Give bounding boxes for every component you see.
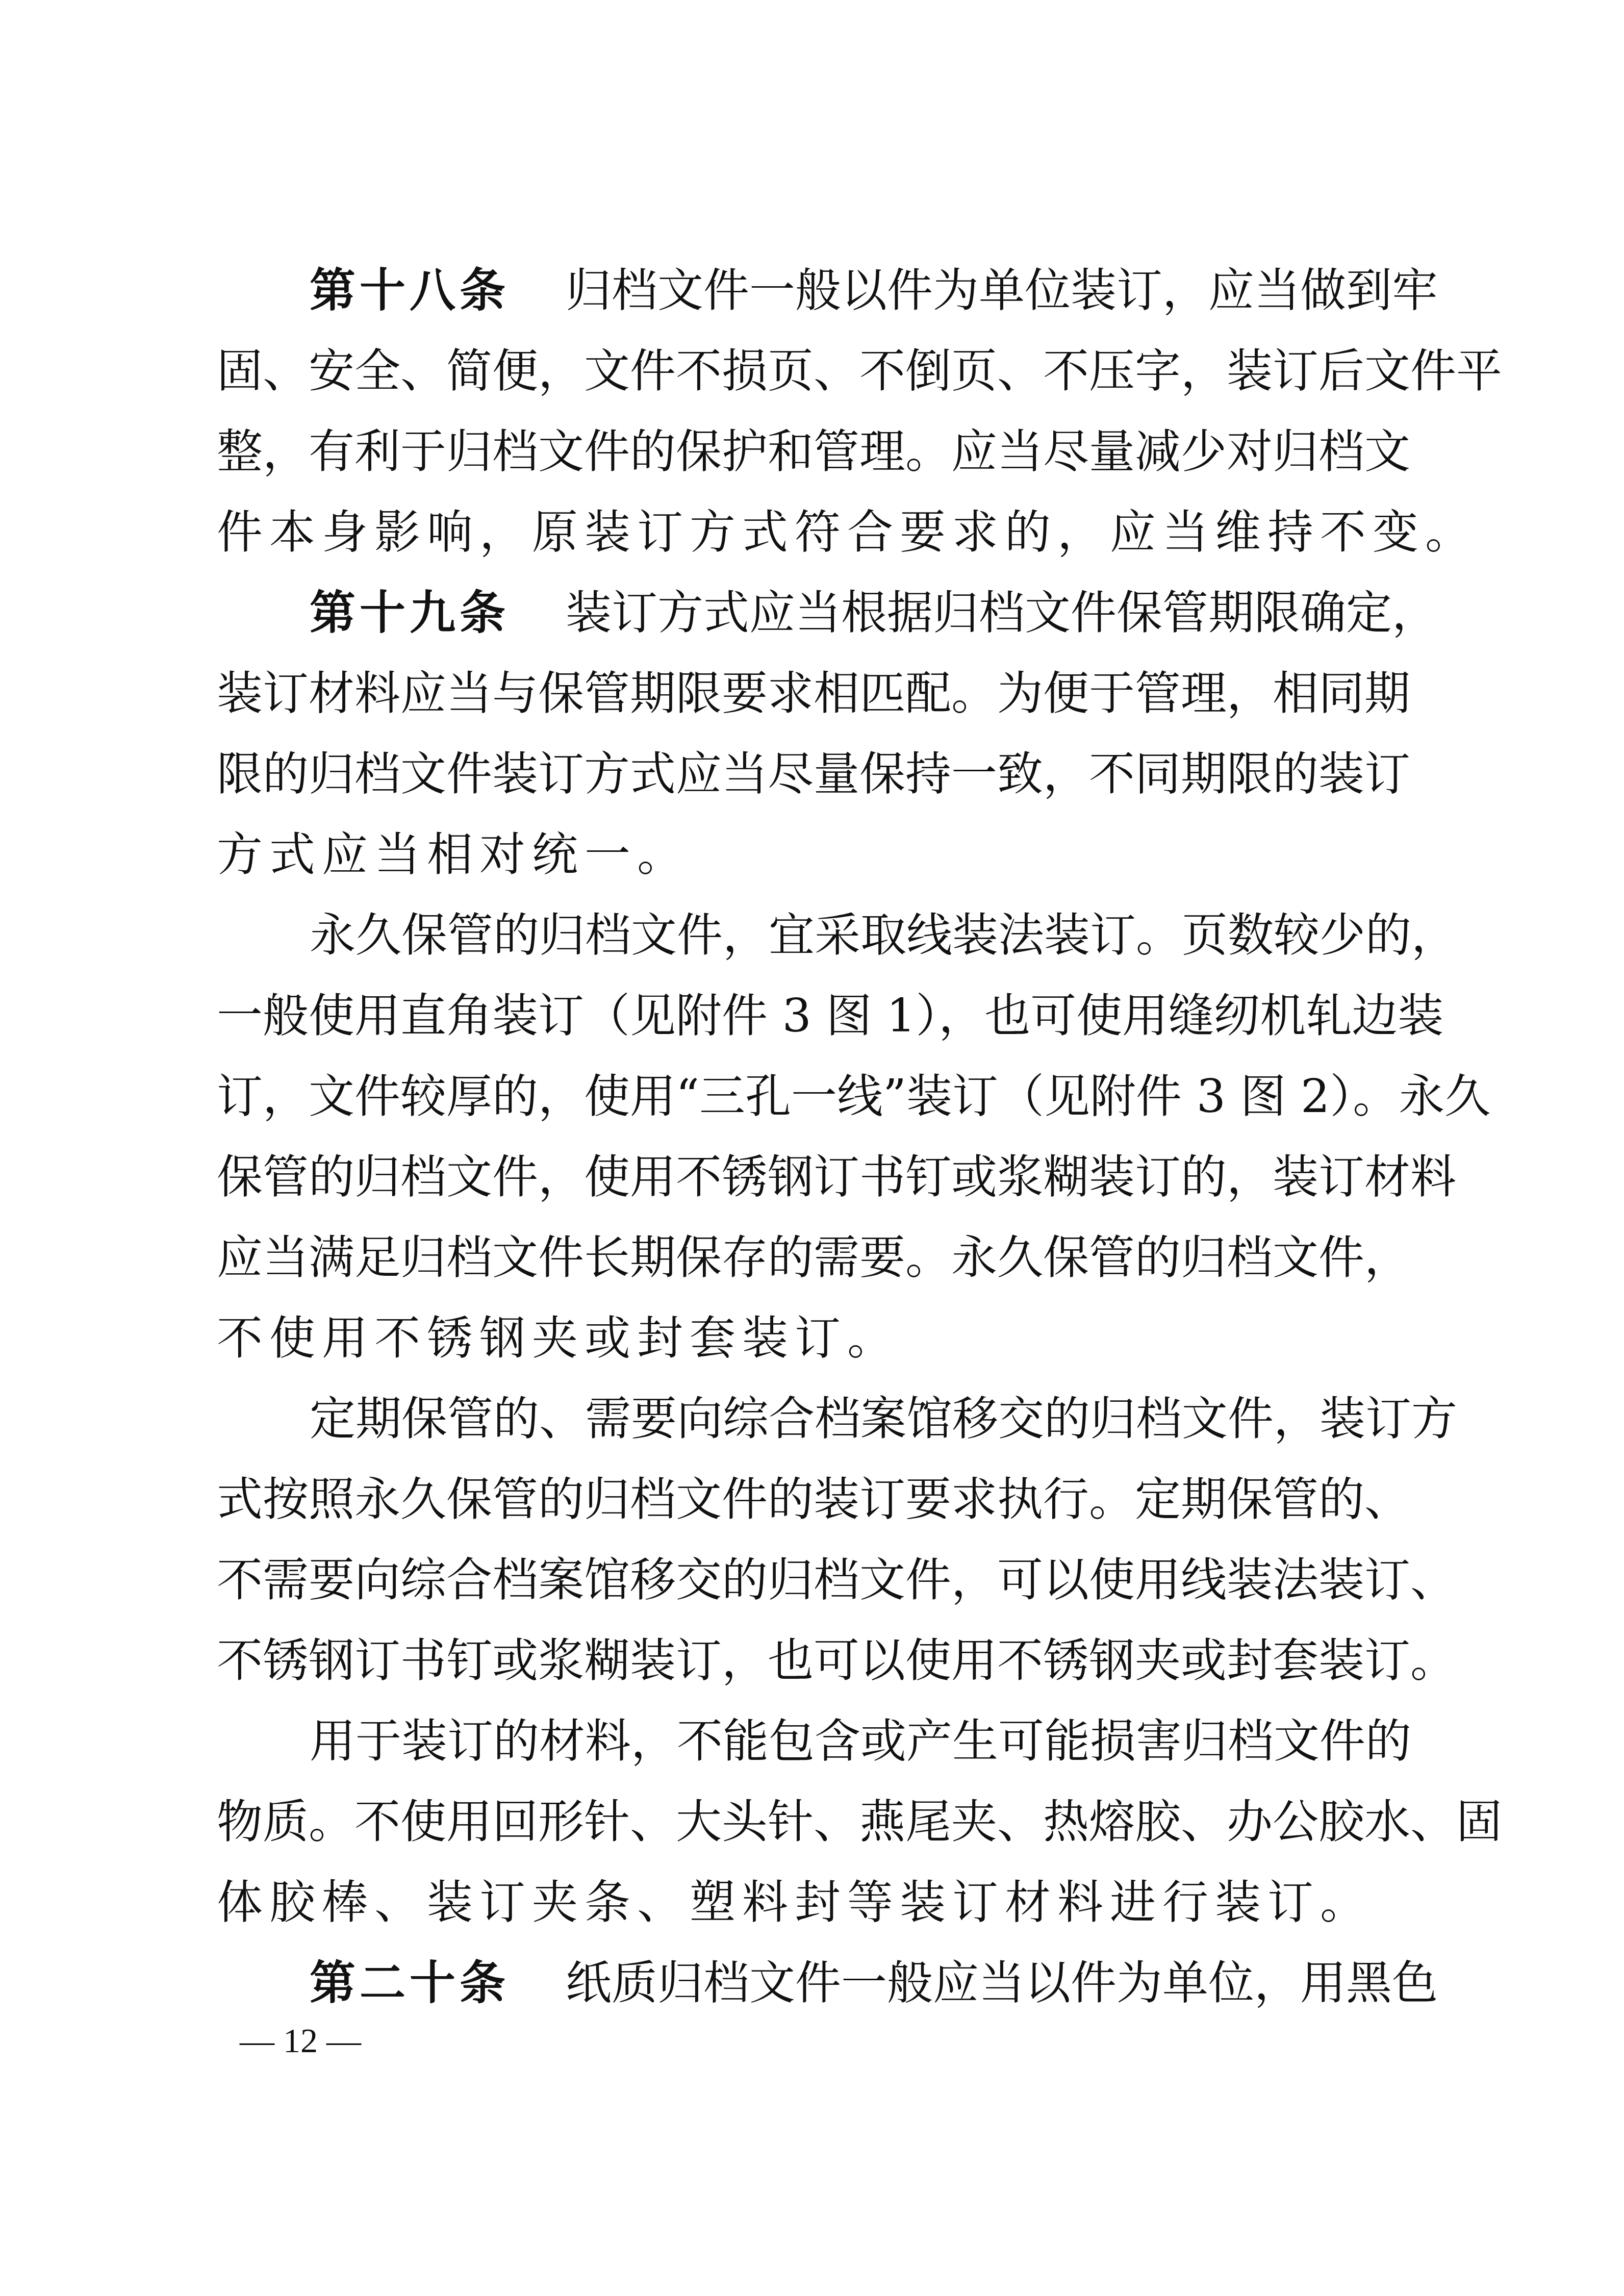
article-20-text: 纸质归档文件一般应当以件为单位，用黑色: [566, 1956, 1438, 2010]
article-19-line-3: 限的归档文件装订方式应当尽量保持一致，不同期限的装订: [217, 741, 1410, 822]
document-body: 第十八条归档文件一般以件为单位装订，应当做到牢 固、安全、简便，文件不损页、不倒…: [217, 258, 1410, 2031]
permanent-para-line-5: 应当满足归档文件长期保存的需要。永久保管的归档文件，: [217, 1225, 1410, 1305]
permanent-para-line-1: 永久保管的归档文件，宜采取线装法装订。页数较少的，: [217, 902, 1410, 983]
materials-para-line-1: 用于装订的材料，不能包含或产生可能损害归档文件的: [217, 1708, 1410, 1789]
article-19-line-4: 方式应当相对统一。: [217, 822, 1410, 902]
article-20-line-1: 第二十条纸质归档文件一般应当以件为单位，用黑色: [217, 1950, 1410, 2031]
fixed-term-para-line-1: 定期保管的、需要向综合档案馆移交的归档文件，装订方: [217, 1386, 1410, 1467]
article-19-text: 装订方式应当根据归档文件保管期限确定，: [566, 586, 1438, 640]
article-18-line-1: 第十八条归档文件一般以件为单位装订，应当做到牢: [217, 258, 1410, 338]
article-18-line-4: 件本身影响，原装订方式符合要求的，应当维持不变。: [217, 499, 1410, 580]
article-19-label: 第十九条: [310, 586, 510, 640]
document-page: 第十八条归档文件一般以件为单位装订，应当做到牢 固、安全、简便，文件不损页、不倒…: [0, 0, 1624, 2296]
article-19-line-1: 第十九条装订方式应当根据归档文件保管期限确定，: [217, 580, 1410, 661]
permanent-para-line-3: 订，文件较厚的，使用“三孔一线”装订（见附件 3 图 2）。永久: [217, 1064, 1410, 1144]
article-18-label: 第十八条: [310, 264, 510, 317]
materials-para-line-2: 物质。不使用回形针、大头针、燕尾夹、热熔胶、办公胶水、固: [217, 1789, 1410, 1870]
permanent-para-line-4: 保管的归档文件，使用不锈钢订书钉或浆糊装订的，装订材料: [217, 1144, 1410, 1225]
fixed-term-para-line-3: 不需要向综合档案馆移交的归档文件，可以使用线装法装订、: [217, 1547, 1410, 1628]
article-20-label: 第二十条: [310, 1956, 510, 2010]
permanent-para-line-2: 一般使用直角装订（见附件 3 图 1），也可使用缝纫机轧边装: [217, 983, 1410, 1064]
article-18-line-3: 整，有利于归档文件的保护和管理。应当尽量减少对归档文: [217, 419, 1410, 499]
page-number: — 12 —: [240, 2020, 361, 2061]
permanent-para-line-6: 不使用不锈钢夹或封套装订。: [217, 1305, 1410, 1386]
article-19-line-2: 装订材料应当与保管期限要求相匹配。为便于管理，相同期: [217, 661, 1410, 741]
fixed-term-para-line-4: 不锈钢订书钉或浆糊装订，也可以使用不锈钢夹或封套装订。: [217, 1628, 1410, 1708]
article-18-line-2: 固、安全、简便，文件不损页、不倒页、不压字，装订后文件平: [217, 338, 1410, 419]
article-18-text: 归档文件一般以件为单位装订，应当做到牢: [566, 264, 1438, 317]
materials-para-line-3: 体胶棒、装订夹条、塑料封等装订材料进行装订。: [217, 1870, 1410, 1950]
fixed-term-para-line-2: 式按照永久保管的归档文件的装订要求执行。定期保管的、: [217, 1467, 1410, 1547]
